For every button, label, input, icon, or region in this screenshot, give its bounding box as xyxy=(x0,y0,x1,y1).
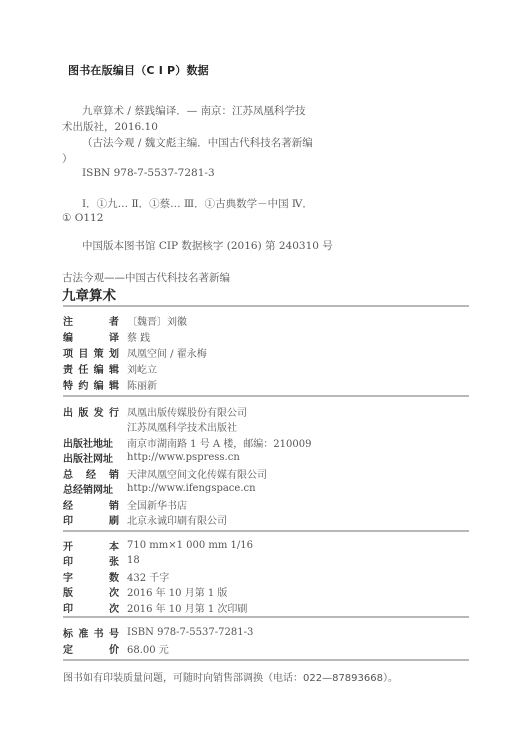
info-label-char: 总 xyxy=(63,466,73,481)
quality-notice: 图书如有印装质量问题，可随时向销售部调换（电话：022—87893668）。 xyxy=(63,669,398,684)
info-label: 标准书号 xyxy=(63,625,119,640)
info-label-char: 张 xyxy=(109,553,119,568)
info-label-char: 者 xyxy=(109,313,119,328)
info-value: 南京市湖南路 1 号 A 楼，邮编：210009 xyxy=(127,435,311,450)
info-label-char: 出 xyxy=(63,404,73,419)
divider xyxy=(63,395,469,397)
divider xyxy=(63,530,469,532)
info-label-char: 划 xyxy=(109,345,119,360)
info-value: 北京永诚印刷有限公司 xyxy=(127,512,227,527)
cip-classification: Ⅰ．①九… Ⅱ．①蔡… Ⅲ．①古典数学－中国 Ⅳ． xyxy=(82,196,313,211)
info-label-char: 行 xyxy=(109,404,119,419)
info-label-char: 次 xyxy=(109,600,119,615)
info-label-char: 版 xyxy=(78,404,88,419)
info-value: 2016 年 10 月第 1 次印刷 xyxy=(127,600,247,615)
info-label-char: 编 xyxy=(94,361,104,376)
info-label-char: 责 xyxy=(63,361,73,376)
info-value: http://www.pspress.cn xyxy=(127,452,240,463)
info-value: 天津凤凰空间文化传媒有限公司 xyxy=(127,466,267,481)
info-value: 陈丽新 xyxy=(127,377,157,392)
info-value: 2016 年 10 月第 1 版 xyxy=(127,584,227,599)
info-row: 出版社网址http://www.pspress.cn xyxy=(63,451,240,465)
info-row: 责任编辑刘屹立 xyxy=(63,361,157,375)
info-label-char: 书 xyxy=(94,625,104,640)
info-label: 编译 xyxy=(63,329,119,344)
info-label: 注者 xyxy=(63,313,119,328)
info-label-char: 任 xyxy=(78,361,88,376)
info-label-char: 辑 xyxy=(109,361,119,376)
info-label: 定价 xyxy=(63,641,119,656)
cip-line: （古法今观 / 魏文彪主编．中国古代科技名著新编 xyxy=(82,135,313,150)
cip-heading: 图书在版编目（C I P）数据 xyxy=(68,62,209,78)
info-label: 责任编辑 xyxy=(63,361,119,376)
info-label: 特约编辑 xyxy=(63,377,119,392)
info-row: 项目策划凤凰空间 / 翟永梅 xyxy=(63,345,207,359)
info-label-char: 准 xyxy=(78,625,88,640)
info-label-char: 项 xyxy=(63,345,73,360)
info-label-char: 经 xyxy=(63,497,73,512)
divider xyxy=(63,616,469,618)
info-label-char: 数 xyxy=(109,569,119,584)
info-label-char: 销 xyxy=(109,497,119,512)
info-label-char: 标 xyxy=(63,625,73,640)
info-value: 68.00 元 xyxy=(127,641,169,656)
info-label-char: 注 xyxy=(63,313,73,328)
cip-line: ） xyxy=(62,151,73,166)
info-label: 印张 xyxy=(63,553,119,568)
info-label-char: 印 xyxy=(63,512,73,527)
info-label-char: 版 xyxy=(63,584,73,599)
info-row: 印次2016 年 10 月第 1 次印刷 xyxy=(63,600,247,614)
info-label-char: 目 xyxy=(78,345,88,360)
info-row: 总经销网址http://www.ifengspace.cn xyxy=(63,482,256,496)
info-label-char: 印 xyxy=(63,553,73,568)
info-value: http://www.ifengspace.cn xyxy=(127,483,256,494)
info-value: 江苏凤凰科学技术出版社 xyxy=(127,419,237,434)
info-row: 出版发行凤凰出版传媒股份有限公司 xyxy=(63,404,247,418)
info-row: 印张18 xyxy=(63,554,140,568)
info-row: 开本710 mm×1 000 mm 1/16 xyxy=(63,538,253,552)
info-row: 经销全国新华书店 xyxy=(63,497,187,511)
info-row: 定价68.00 元 xyxy=(63,641,169,655)
info-label: 经销 xyxy=(63,497,119,512)
info-label: 字数 xyxy=(63,569,119,584)
info-label-char: 价 xyxy=(109,641,119,656)
info-label: 印次 xyxy=(63,600,119,615)
info-label-char: 开 xyxy=(63,538,73,553)
info-label-char: 经 xyxy=(86,466,96,481)
info-label: 出版社地址 xyxy=(63,435,119,450)
info-value: 凤凰出版传媒股份有限公司 xyxy=(127,404,247,419)
info-label: 出版社网址 xyxy=(63,450,119,465)
info-label: 出版发行 xyxy=(63,404,119,419)
info-row: 印刷北京永诚印刷有限公司 xyxy=(63,513,227,527)
info-label-char: 辑 xyxy=(109,377,119,392)
divider xyxy=(63,659,469,661)
info-value: ISBN 978-7-5537-7281-3 xyxy=(127,627,253,638)
series-name: 古法今观——中国古代科技名著新编 xyxy=(62,270,230,285)
info-label-char: 总经销网址 xyxy=(63,481,113,496)
info-label-char: 出版社网址 xyxy=(63,450,113,465)
info-value: 18 xyxy=(127,555,140,566)
info-label-char: 号 xyxy=(109,625,119,640)
cip-line: 九章算术 / 蔡践编译．— 南京：江苏凤凰科学技 xyxy=(82,103,306,118)
cip-isbn: ISBN 978-7-5537-7281-3 xyxy=(82,167,215,179)
info-label: 项目策划 xyxy=(63,345,119,360)
info-row: 标准书号ISBN 978-7-5537-7281-3 xyxy=(63,625,253,639)
info-label-char: 编 xyxy=(94,377,104,392)
info-label-char: 特 xyxy=(63,377,73,392)
info-label-char: 印 xyxy=(63,600,73,615)
info-label: 印刷 xyxy=(63,512,119,527)
info-label-char: 字 xyxy=(63,569,73,584)
info-value: 710 mm×1 000 mm 1/16 xyxy=(127,540,253,551)
info-label: 开本 xyxy=(63,538,119,553)
info-row: 江苏凤凰科学技术出版社 xyxy=(63,420,237,434)
info-label-char: 本 xyxy=(109,538,119,553)
info-row: 特约编辑陈丽新 xyxy=(63,377,157,391)
info-value: 蔡 践 xyxy=(127,329,150,344)
info-row: 字数432 千字 xyxy=(63,569,169,583)
info-value: 刘屹立 xyxy=(127,361,157,376)
cip-classification-code: ① O112 xyxy=(62,212,103,224)
info-label-char: 约 xyxy=(78,377,88,392)
info-label: 版次 xyxy=(63,584,119,599)
info-label-char: 译 xyxy=(109,329,119,344)
info-row: 注者〔魏晋〕刘徽 xyxy=(63,313,187,327)
info-row: 版次2016 年 10 月第 1 版 xyxy=(63,585,227,599)
info-value: 全国新华书店 xyxy=(127,497,187,512)
cip-approval-number: 中国版本图书馆 CIP 数据核字 (2016) 第 240310 号 xyxy=(82,238,333,253)
info-label-char: 策 xyxy=(94,345,104,360)
cip-line: 术出版社，2016.10 xyxy=(62,119,158,134)
info-label-char: 定 xyxy=(63,641,73,656)
info-value: 432 千字 xyxy=(127,569,169,584)
divider xyxy=(63,305,469,307)
info-label-char: 编 xyxy=(63,329,73,344)
info-label-char: 发 xyxy=(94,404,104,419)
info-row: 出版社地址南京市湖南路 1 号 A 楼，邮编：210009 xyxy=(63,435,311,449)
info-label-char: 次 xyxy=(109,584,119,599)
info-label-char: 刷 xyxy=(109,512,119,527)
info-label-char: 出版社地址 xyxy=(63,435,113,450)
info-value: 〔魏晋〕刘徽 xyxy=(127,313,187,328)
info-value: 凤凰空间 / 翟永梅 xyxy=(127,345,207,360)
info-row: 总经销天津凤凰空间文化传媒有限公司 xyxy=(63,466,267,480)
book-title: 九章算术 xyxy=(62,284,116,304)
info-label-char: 销 xyxy=(109,466,119,481)
info-label: 总经销网址 xyxy=(63,481,119,496)
info-label: 总经销 xyxy=(63,466,119,481)
info-row: 编译蔡 践 xyxy=(63,329,150,343)
